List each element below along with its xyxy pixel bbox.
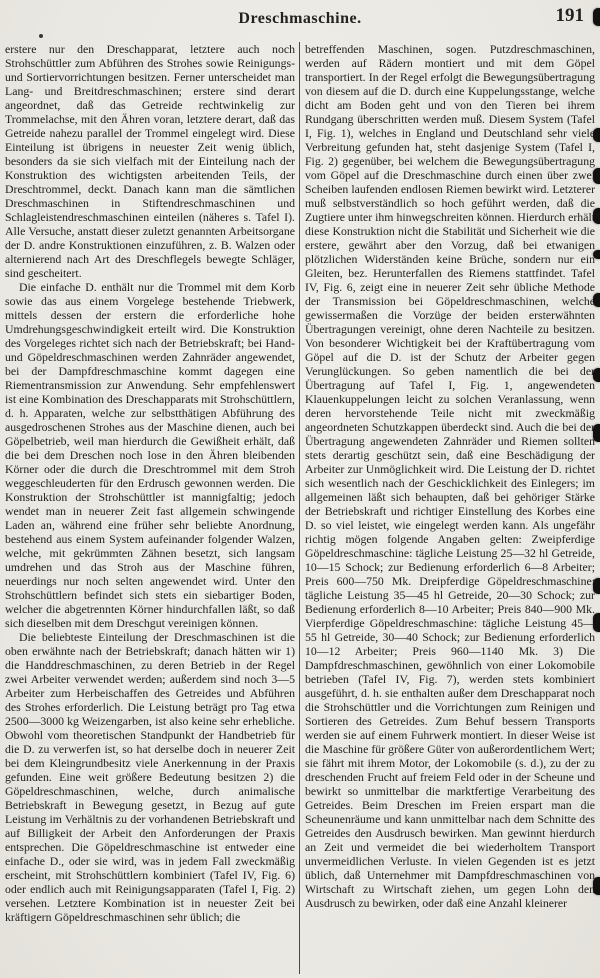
paragraph: Die beliebteste Einteilung der Dreschmas… (5, 630, 295, 924)
paragraph: erstere nur den Dreschapparat, letztere … (5, 42, 295, 280)
scan-artifact-mark (593, 293, 600, 307)
scan-artifact-mark (593, 424, 600, 442)
scan-artifact-mark (593, 877, 600, 895)
scan-artifact-mark (593, 250, 600, 259)
scan-artifact-mark (593, 8, 600, 26)
scan-artifact-mark (593, 613, 600, 632)
page-header-title: Dreschmaschine. (0, 10, 600, 28)
scan-artifact-mark (593, 128, 600, 142)
scan-artifact-mark (593, 168, 600, 184)
page-number: 191 (556, 5, 585, 27)
scan-artifact-mark (593, 208, 600, 224)
book-page: Dreschmaschine. 191 erstere nur den Dres… (0, 0, 600, 978)
text-column-right: betreffenden Maschinen, sogen. Putzdresc… (305, 42, 595, 976)
column-divider-rule (299, 42, 300, 974)
text-column-left: erstere nur den Dreschapparat, letztere … (5, 42, 295, 976)
scan-artifact-mark (593, 578, 600, 594)
scan-artifact-mark (593, 368, 600, 382)
ink-speck (39, 34, 43, 38)
paragraph: betreffenden Maschinen, sogen. Putzdresc… (305, 42, 595, 910)
paragraph: Die einfache D. enthält nur die Trommel … (5, 280, 295, 630)
